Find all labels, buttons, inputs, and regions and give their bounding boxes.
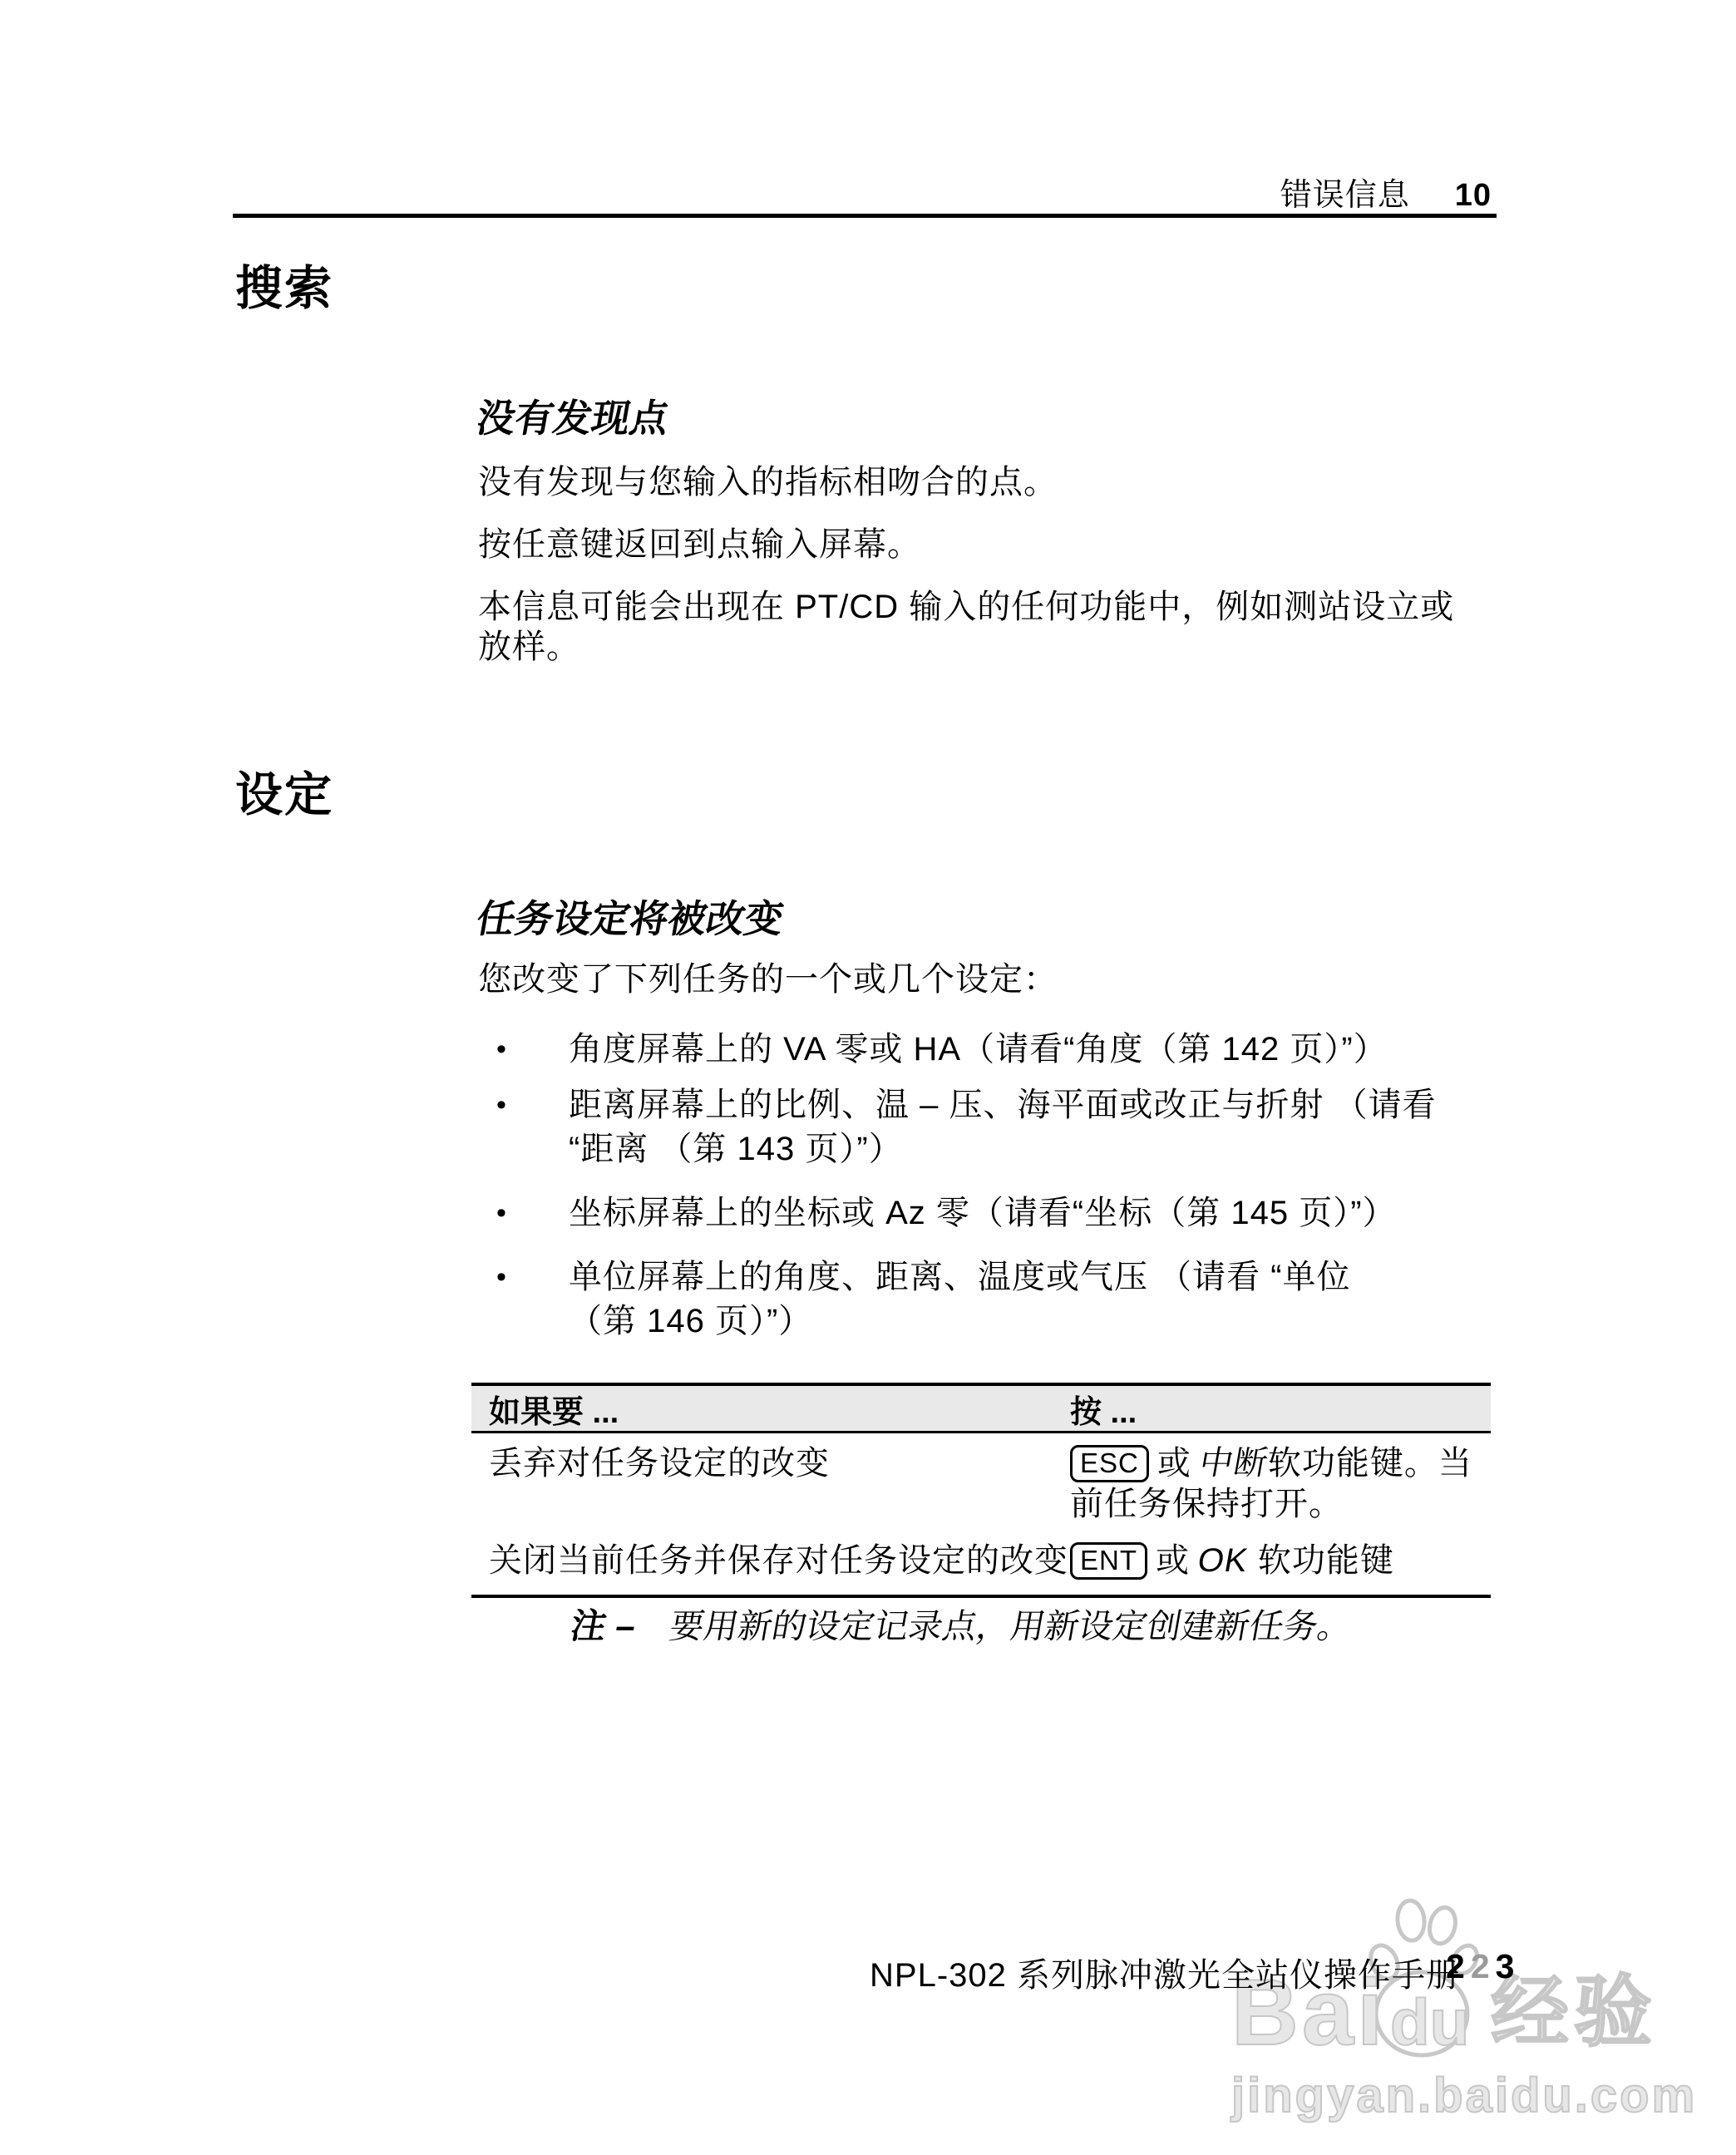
softkey-name-ok: OK	[1195, 1541, 1251, 1580]
manual-page: Bai du 经验 jingyan.baidu.com 错误信息10 搜索 没有…	[0, 0, 1736, 2155]
page-number: 223	[1446, 1947, 1520, 1986]
note-line: 注 –要用新的设定记录点，用新设定创建新任务。	[571, 1605, 1352, 1648]
connector-text: 或	[1157, 1445, 1191, 1482]
softkey-name-abort: 中断	[1196, 1443, 1271, 1483]
footer-manual-title: NPL-302 系列脉冲激光全站仪操作手册	[870, 1949, 1460, 1996]
page-number-digit: 2	[1446, 1947, 1471, 1985]
bullet-item-units: •单位屏幕上的角度、距离、温度或气压 （请看 “单位 （第 146 页）”）	[496, 1255, 1351, 1344]
section-heading-search: 搜索	[235, 264, 333, 313]
table-header-press: 按 ...	[1070, 1386, 1491, 1432]
paragraph-search-3: 本信息可能会出现在 PT/CD 输入的任何功能中，例如测站设立或 放样。	[478, 587, 1454, 667]
bullet-item-units-text: 单位屏幕上的角度、距离、温度或气压 （请看 “单位 （第 146 页）”）	[569, 1255, 1351, 1344]
running-header: 错误信息10	[1280, 169, 1492, 215]
subheading-no-point-found: 没有发现点	[477, 397, 668, 439]
settings-actions-table: 如果要 ... 按 ... 丢弃对任务设定的改变 ESC或中断软功能键。当前任务…	[471, 1383, 1491, 1598]
paragraph-search-1: 没有发现与您输入的指标相吻合的点。	[478, 462, 1058, 502]
note-label: 注 –	[567, 1605, 639, 1648]
bullet-marker: •	[496, 1028, 569, 1072]
running-header-title: 错误信息	[1280, 178, 1410, 213]
bullet-marker: •	[496, 1083, 569, 1127]
connector-text: 或	[1156, 1542, 1190, 1579]
paragraph-settings-intro: 您改变了下列任务的一个或几个设定：	[478, 959, 1058, 999]
table-cell-action-discard: 丢弃对任务设定的改变	[471, 1443, 1070, 1524]
table-header-if-you-want: 如果要 ...	[471, 1386, 1070, 1432]
header-rule	[233, 214, 1497, 218]
bullet-item-angles: •角度屏幕上的 VA 零或 HA（请看“角度（第 142 页）”）	[496, 1028, 1388, 1072]
bullet-item-angles-text: 角度屏幕上的 VA 零或 HA（请看“角度（第 142 页）”）	[569, 1028, 1388, 1072]
bullet-item-distance: •距离屏幕上的比例、温 – 压、海平面或改正与折射 （请看 “距离 （第 143…	[496, 1083, 1437, 1171]
note-text: 要用新的设定记录点，用新设定创建新任务。	[666, 1605, 1355, 1648]
bullet-marker: •	[496, 1255, 569, 1299]
subheading-job-settings: 任务设定将被改变	[477, 898, 783, 939]
esc-keycap: ESC	[1070, 1445, 1149, 1482]
subheading-job-settings-text: 任务设定将被改变	[474, 898, 787, 939]
table-cell-keys-discard: ESC或中断软功能键。当前任务保持打开。	[1070, 1443, 1491, 1524]
keys-description: 软功能键	[1248, 1542, 1394, 1579]
bullet-item-coordinates-text: 坐标屏幕上的坐标或 Az 零（请看“坐标（第 145 页）”）	[569, 1191, 1397, 1235]
section-heading-settings: 设定	[235, 770, 333, 820]
table-cell-action-save: 关闭当前任务并保存对任务设定的改变	[471, 1541, 1070, 1581]
page-number-digit: 2	[1471, 1947, 1496, 1985]
subheading-no-point-found-text: 没有发现点	[474, 397, 673, 439]
table-row: 关闭当前任务并保存对任务设定的改变 ENT或OK 软功能键	[471, 1541, 1491, 1595]
watermark-brand-du: du	[1390, 1989, 1469, 2055]
table-header-row: 如果要 ... 按 ...	[471, 1386, 1491, 1433]
watermark-url: jingyan.baidu.com	[1231, 2060, 1697, 2132]
table-cell-keys-save: ENT或OK 软功能键	[1070, 1541, 1491, 1581]
bullet-item-distance-text: 距离屏幕上的比例、温 – 压、海平面或改正与折射 （请看 “距离 （第 143 …	[569, 1083, 1437, 1171]
bullet-item-coordinates: •坐标屏幕上的坐标或 Az 零（请看“坐标（第 145 页）”）	[496, 1191, 1397, 1235]
chapter-number: 10	[1455, 178, 1492, 213]
bullet-marker: •	[496, 1191, 569, 1235]
paragraph-search-2: 按任意键返回到点输入屏幕。	[478, 525, 921, 565]
table-row: 丢弃对任务设定的改变 ESC或中断软功能键。当前任务保持打开。	[471, 1433, 1491, 1541]
page-number-digit: 3	[1496, 1947, 1521, 1985]
ent-keycap: ENT	[1070, 1542, 1147, 1580]
